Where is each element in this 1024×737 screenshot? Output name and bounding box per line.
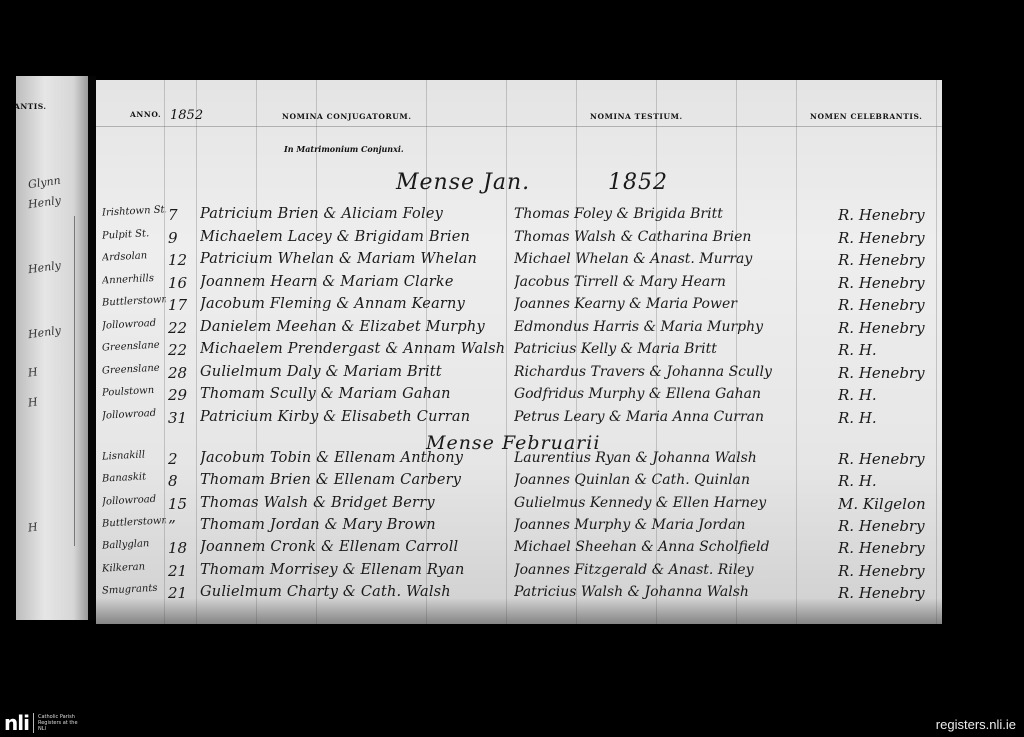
header-nomina-testium: NOMINA TESTIUM. xyxy=(590,112,683,121)
marginal-note: H xyxy=(27,520,38,534)
marginal-note: Henly xyxy=(27,194,61,211)
register-entry: Greenslane22Michaelem Prendergast & Anna… xyxy=(96,341,942,363)
marriage-day: 15 xyxy=(168,495,196,513)
witness-names: Joannes Quinlan & Cath. Quinlan xyxy=(514,472,834,488)
marriage-day: 7 xyxy=(168,206,196,224)
spouse-names: Michaelem Prendergast & Annam Walsh xyxy=(200,341,510,357)
witness-names: Edmondus Harris & Maria Murphy xyxy=(514,319,834,335)
facing-page-rule xyxy=(74,216,75,546)
nli-logo-mark: nli xyxy=(4,713,29,733)
register-entry: Lisnakill2Jacobum Tobin & Ellenam Anthon… xyxy=(96,450,942,472)
witness-names: Godfridus Murphy & Ellena Gahan xyxy=(514,386,834,402)
place-of-residence: Smugrants xyxy=(102,582,166,596)
spouse-names: Michaelem Lacey & Brigidam Brien xyxy=(200,229,510,245)
spouse-names: Thomas Walsh & Bridget Berry xyxy=(200,495,510,511)
place-of-residence: Buttlerstown xyxy=(102,294,166,308)
celebrant-name: R. Henebry xyxy=(838,562,938,580)
book-gutter xyxy=(88,76,96,620)
witness-names: Richardus Travers & Johanna Scully xyxy=(514,364,834,380)
spouse-names: Joannem Cronk & Ellenam Carroll xyxy=(200,539,510,555)
celebrant-name: R. H. xyxy=(838,341,938,359)
marriage-day: 22 xyxy=(168,341,196,359)
section-heading-year: 1852 xyxy=(608,170,668,195)
celebrant-name: M. Kilgelon xyxy=(838,495,938,513)
anno-year: 1852 xyxy=(170,108,203,123)
place-of-residence: Lisnakill xyxy=(102,448,166,462)
anno-label: ANNO. xyxy=(130,110,161,119)
place-of-residence: Pulpit St. xyxy=(102,227,166,241)
celebrant-name: R. Henebry xyxy=(838,517,938,535)
celebrant-name: R. Henebry xyxy=(838,584,938,602)
witness-names: Joannes Fitzgerald & Anast. Riley xyxy=(514,562,834,578)
register-entry: Poulstown29Thomam Scully & Mariam GahanG… xyxy=(96,386,942,408)
marriage-day: ” xyxy=(168,517,196,535)
marriage-day: 22 xyxy=(168,319,196,337)
celebrant-name: R. Henebry xyxy=(838,296,938,314)
marriage-day: 31 xyxy=(168,409,196,427)
register-entry: Buttlerstown17Jacobum Fleming & Annam Ke… xyxy=(96,296,942,318)
place-of-residence: Ardsolan xyxy=(102,249,166,263)
celebrant-name: R. H. xyxy=(838,386,938,404)
register-entry: Jollowroad31Patricium Kirby & Elisabeth … xyxy=(96,409,942,431)
marriage-day: 12 xyxy=(168,251,196,269)
spouse-names: Gulielmum Charty & Cath. Walsh xyxy=(200,584,510,600)
celebrant-name: R. Henebry xyxy=(838,229,938,247)
celebrant-name: R. Henebry xyxy=(838,274,938,292)
marriage-day: 17 xyxy=(168,296,196,314)
witness-names: Petrus Leary & Maria Anna Curran xyxy=(514,409,834,425)
celebrant-name: R. H. xyxy=(838,409,938,427)
header-in-matrimonium: In Matrimonium Conjunxi. xyxy=(284,144,404,154)
witness-names: Thomas Walsh & Catharina Brien xyxy=(514,229,834,245)
facing-page-fragment: ANTIS. Glynn Henly Henly Henly H H H xyxy=(16,76,88,620)
marginal-note: Henly xyxy=(27,259,61,276)
place-of-residence: Greenslane xyxy=(102,339,166,353)
spouse-names: Thomam Scully & Mariam Gahan xyxy=(200,386,510,402)
register-entry: Jollowroad22Danielem Meehan & Elizabet M… xyxy=(96,319,942,341)
marriage-day: 21 xyxy=(168,584,196,602)
celebrant-name: R. Henebry xyxy=(838,251,938,269)
place-of-residence: Annerhills xyxy=(102,272,166,286)
place-of-residence: Buttlerstown xyxy=(102,515,166,529)
marginal-note: Henly xyxy=(27,324,61,341)
marriage-day: 9 xyxy=(168,229,196,247)
facing-page-header: ANTIS. xyxy=(16,102,47,111)
celebrant-name: R. Henebry xyxy=(838,450,938,468)
marginal-note: H xyxy=(27,395,38,409)
register-entry: Jollowroad15Thomas Walsh & Bridget Berry… xyxy=(96,495,942,517)
place-of-residence: Ballyglan xyxy=(102,538,166,552)
celebrant-name: R. Henebry xyxy=(838,364,938,382)
register-entry: Banaskit8Thomam Brien & Ellenam CarberyJ… xyxy=(96,472,942,494)
spouse-names: Thomam Jordan & Mary Brown xyxy=(200,517,510,533)
register-page: ANNO. 1852 NOMINA CONJUGATORUM. In Matri… xyxy=(96,80,942,624)
place-of-residence: Jollowroad xyxy=(102,317,166,331)
celebrant-name: R. Henebry xyxy=(838,206,938,224)
witness-names: Michael Whelan & Anast. Murray xyxy=(514,251,834,267)
witness-names: Michael Sheehan & Anna Scholfield xyxy=(514,539,834,555)
place-of-residence: Banaskit xyxy=(102,471,166,485)
header-nomina-conjugatorum: NOMINA CONJUGATORUM. xyxy=(282,112,412,121)
register-entry: Annerhills16Joannem Hearn & Mariam Clark… xyxy=(96,274,942,296)
register-entry: Ballyglan18Joannem Cronk & Ellenam Carro… xyxy=(96,539,942,561)
marginal-note: Glynn xyxy=(27,174,61,191)
spouse-names: Patricium Brien & Aliciam Foley xyxy=(200,206,510,222)
register-entry: Smugrants21Gulielmum Charty & Cath. Wals… xyxy=(96,584,942,606)
marriage-day: 8 xyxy=(168,472,196,490)
celebrant-name: R. Henebry xyxy=(838,319,938,337)
marriage-day: 28 xyxy=(168,364,196,382)
marriage-day: 18 xyxy=(168,539,196,557)
witness-names: Thomas Foley & Brigida Britt xyxy=(514,206,834,222)
place-of-residence: Jollowroad xyxy=(102,493,166,507)
header-nomen-celebrantis: NOMEN CELEBRANTIS. xyxy=(810,112,922,121)
marginal-note: H xyxy=(27,365,38,379)
register-entry: Buttlerstown”Thomam Jordan & Mary BrownJ… xyxy=(96,517,942,539)
marriage-day: 21 xyxy=(168,562,196,580)
witness-names: Jacobus Tirrell & Mary Hearn xyxy=(514,274,834,290)
celebrant-name: R. Henebry xyxy=(838,539,938,557)
place-of-residence: Jollowroad xyxy=(102,407,166,421)
spouse-names: Gulielmum Daly & Mariam Britt xyxy=(200,364,510,380)
place-of-residence: Kilkeran xyxy=(102,560,166,574)
spouse-names: Thomam Brien & Ellenam Carbery xyxy=(200,472,510,488)
logo-divider xyxy=(33,713,34,733)
section-heading-january: Mense Jan. xyxy=(396,170,530,195)
place-of-residence: Irishtown St. xyxy=(102,204,166,218)
witness-names: Patricius Walsh & Johanna Walsh xyxy=(514,584,834,600)
place-of-residence: Greenslane xyxy=(102,362,166,376)
register-entry: Greenslane28Gulielmum Daly & Mariam Brit… xyxy=(96,364,942,386)
marriage-day: 16 xyxy=(168,274,196,292)
nli-logo-tagline: Catholic Parish Registers at the NLI xyxy=(38,714,78,732)
spouse-names: Patricium Whelan & Mariam Whelan xyxy=(200,251,510,267)
spouse-names: Joannem Hearn & Mariam Clarke xyxy=(200,274,510,290)
register-entry: Irishtown St.7Patricium Brien & Aliciam … xyxy=(96,206,942,228)
spouse-names: Jacobum Tobin & Ellenam Anthony xyxy=(200,450,510,466)
spouse-names: Patricium Kirby & Elisabeth Curran xyxy=(200,409,510,425)
nli-logo: nli Catholic Parish Registers at the NLI xyxy=(4,711,78,735)
spouse-names: Danielem Meehan & Elizabet Murphy xyxy=(200,319,510,335)
register-entry: Kilkeran21Thomam Morrisey & Ellenam Ryan… xyxy=(96,562,942,584)
celebrant-name: R. H. xyxy=(838,472,938,490)
witness-names: Laurentius Ryan & Johanna Walsh xyxy=(514,450,834,466)
site-url[interactable]: registers.nli.ie xyxy=(936,717,1016,732)
marriage-day: 2 xyxy=(168,450,196,468)
spouse-names: Jacobum Fleming & Annam Kearny xyxy=(200,296,510,312)
place-of-residence: Poulstown xyxy=(102,384,166,398)
register-entry: Ardsolan12Patricium Whelan & Mariam Whel… xyxy=(96,251,942,273)
witness-names: Gulielmus Kennedy & Ellen Harney xyxy=(514,495,834,511)
marriage-day: 29 xyxy=(168,386,196,404)
witness-names: Patricius Kelly & Maria Britt xyxy=(514,341,834,357)
witness-names: Joannes Kearny & Maria Power xyxy=(514,296,834,312)
register-entry: Pulpit St.9Michaelem Lacey & Brigidam Br… xyxy=(96,229,942,251)
spouse-names: Thomam Morrisey & Ellenam Ryan xyxy=(200,562,510,578)
witness-names: Joannes Murphy & Maria Jordan xyxy=(514,517,834,533)
